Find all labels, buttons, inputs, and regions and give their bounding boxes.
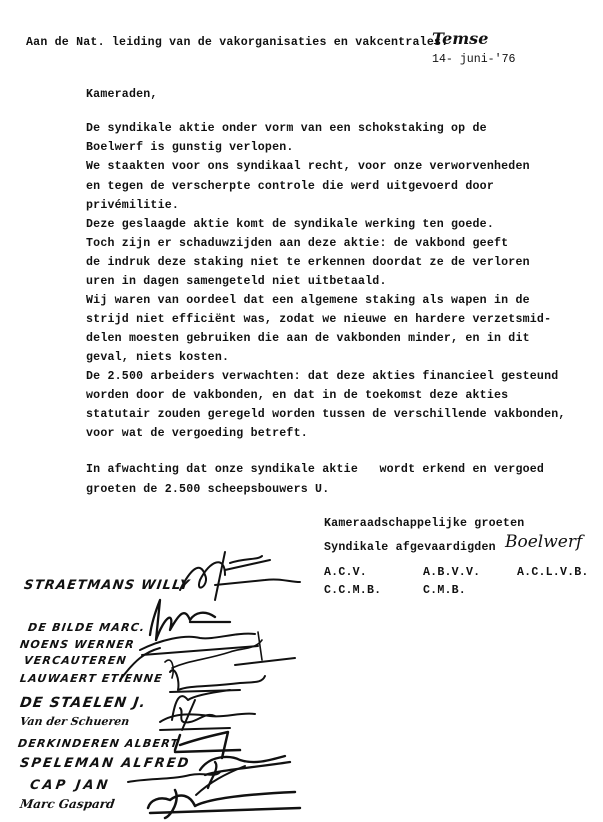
signature-vercauteren [165,632,262,678]
signature-speleman [200,756,290,788]
signature-noens [120,634,258,680]
signature-gaspard [148,790,300,818]
signature-straetmans [180,552,300,600]
signature-scribbles [0,0,603,822]
signature-derkinderen [175,732,240,758]
signature-de-bilde [150,600,230,640]
